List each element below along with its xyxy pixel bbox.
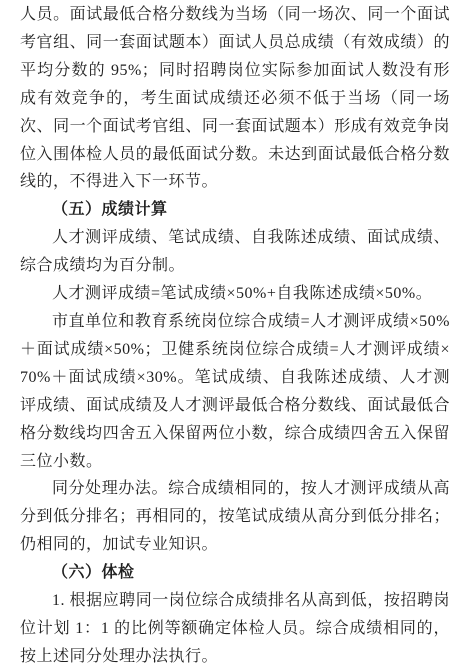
document-page: 人员。面试最低合格分数线为当场（同一场次、同一个面试考官组、同一套面试题本）面试… (0, 0, 470, 671)
body-paragraph-composite-score-formula: 市直单位和教育系统岗位综合成绩=人才测评成绩×50%＋面试成绩×50%；卫健系统… (20, 308, 450, 475)
body-paragraph-physical-exam-ratio: 1. 根据应聘同一岗位综合成绩排名从高到低，按招聘岗位计划 1：1 的比例等额确… (20, 587, 450, 671)
section-heading-physical-exam: （六）体检 (20, 559, 450, 587)
body-paragraph-tie-breaking: 同分处理办法。综合成绩相同的，按人才测评成绩从高分到低分排名；再相同的，按笔试成… (20, 475, 450, 559)
body-paragraph-interview-pass-line: 人员。面试最低合格分数线为当场（同一场次、同一个面试考官组、同一套面试题本）面试… (20, 1, 450, 196)
body-paragraph-percent-system: 人才测评成绩、笔试成绩、自我陈述成绩、面试成绩、综合成绩均为百分制。 (20, 224, 450, 280)
section-heading-score-calculation: （五）成绩计算 (20, 196, 450, 224)
body-paragraph-talent-eval-formula: 人才测评成绩=笔试成绩×50%+自我陈述成绩×50%。 (20, 280, 450, 308)
